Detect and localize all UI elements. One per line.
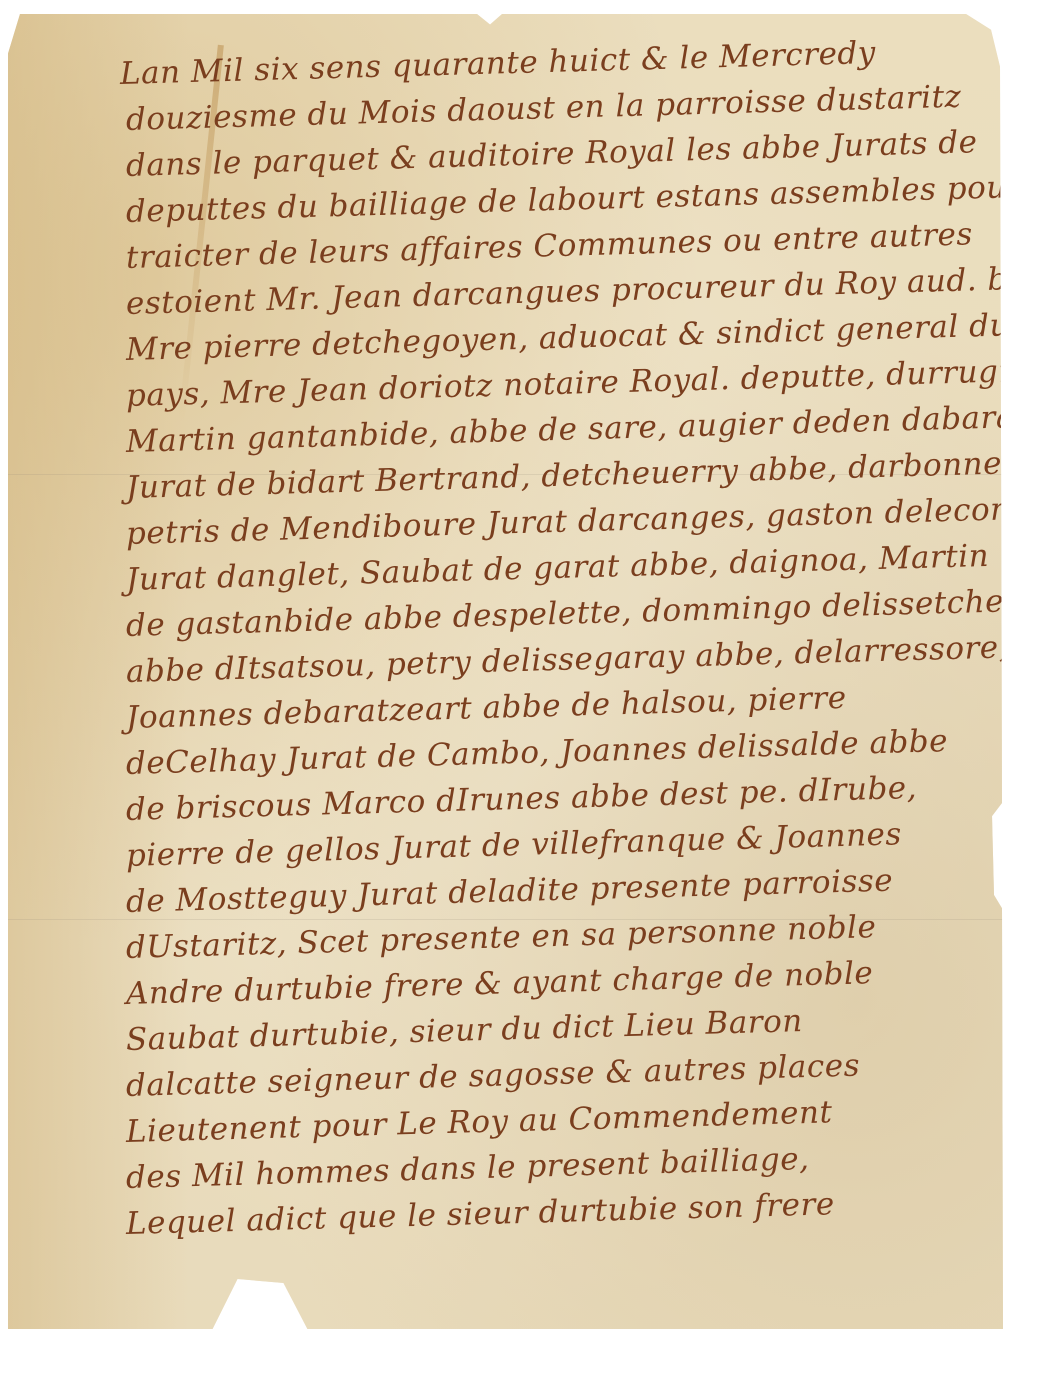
text-line: dalcatte seigneur de sagosse & autres pl…	[125, 1048, 860, 1104]
manuscript-page: Lan Mil six sens quarante huict & le Mer…	[8, 14, 1006, 1329]
manuscript-text: Lan Mil six sens quarante huict & le Mer…	[8, 14, 1006, 1329]
text-line: Saubat durtubie, sieur du dict Lieu Baro…	[125, 1003, 803, 1058]
text-line: Lieutenent pour Le Roy au Commendement	[125, 1094, 832, 1150]
text-line: Lequel adict que le sieur durtubie son f…	[125, 1186, 835, 1242]
text-line: des Mil hommes dans le present bailliage…	[125, 1141, 809, 1196]
text-line: Joannes debaratzeart abbe de halsou, pie…	[125, 680, 847, 736]
